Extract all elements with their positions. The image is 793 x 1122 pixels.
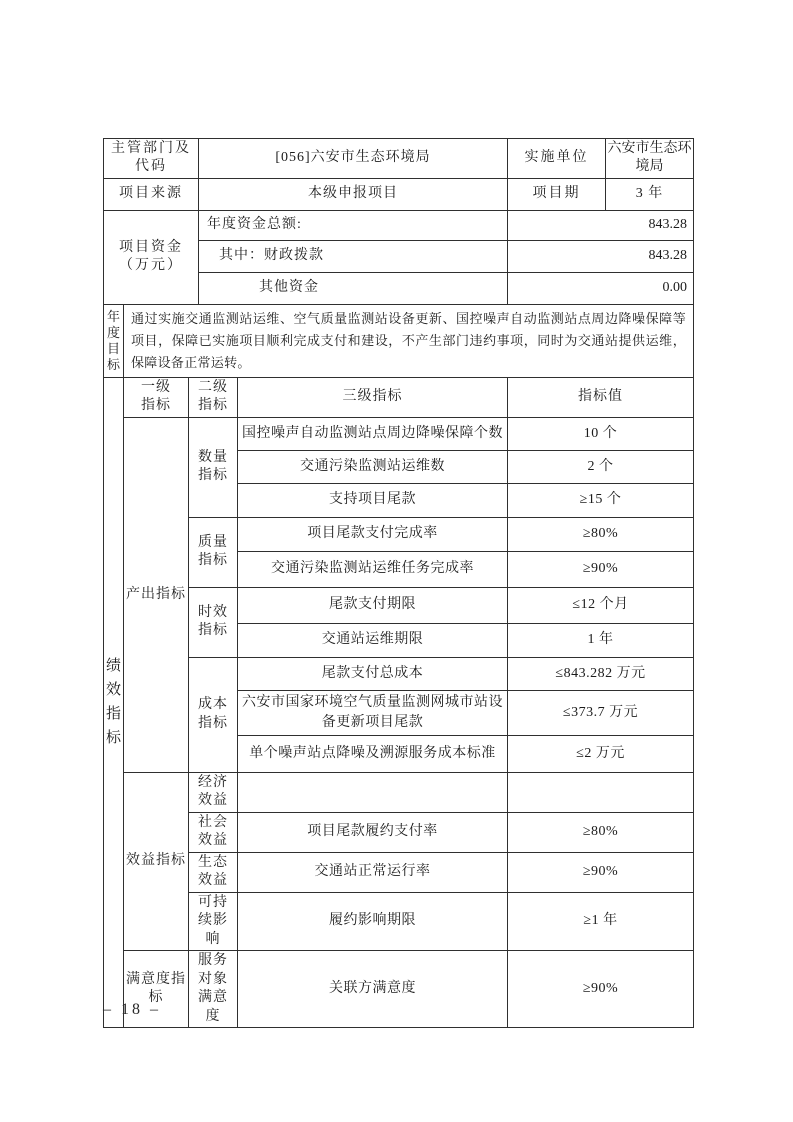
value-cell: ≤12 个月 [508,587,694,623]
l2-ecological: 生态效益 [189,852,238,892]
fund-other-label: 其他资金 [199,272,508,304]
l1-benefit: 效益指标 [124,772,189,950]
side-title-cell: 绩效指标 [104,377,124,1027]
value-cell: 2 个 [508,450,694,483]
project-source-value: 本级申报项目 [199,178,508,210]
l3-cell: 项目尾款履约支付率 [238,812,508,852]
header-l3: 三级指标 [238,377,508,417]
l3-cell: 交通污染监测站运维任务完成率 [238,551,508,587]
l2-economic: 经济效益 [189,772,238,812]
table-row: 满意度指标 服务对象满意度 关联方满意度 ≥90% [104,951,694,1028]
value-cell: ≤373.7 万元 [508,690,694,735]
indicators-header-row: 绩效指标 一级 指标 二级指标 三级指标 指标值 [104,377,694,417]
performance-table-document: 主管部门及代码 [056]六安市生态环境局 实施单位 六安市生态环境局 项目来源… [103,138,693,1028]
side-title: 绩效指标 [106,654,122,750]
value-cell: ≥90% [508,951,694,1028]
l2-quantity: 数量指标 [189,417,238,517]
l3-cell: 单个噪声站点降噪及溯源服务成本标准 [238,735,508,772]
table-row: 可持续影响 履约影响期限 ≥1 年 [104,892,694,950]
table-row: 生态效益 交通站正常运行率 ≥90% [104,852,694,892]
value-cell: ≥1 年 [508,892,694,950]
dept-code-label: 主管部门及代码 [104,139,199,179]
page-number: – 18 – [103,1001,161,1019]
fund-total-label: 年度资金总额: [199,210,508,240]
indicators-table: 绩效指标 一级 指标 二级指标 三级指标 指标值 产出指标 数量指标 国控噪声自… [103,377,694,1028]
l2-time: 时效指标 [189,587,238,657]
l3-cell: 支持项目尾款 [238,483,508,517]
l3-cell: 尾款支付总成本 [238,657,508,690]
l1-output: 产出指标 [124,417,189,772]
l3-cell: 关联方满意度 [238,951,508,1028]
l3-cell: 六安市国家环境空气质量监测网城市站设备更新项目尾款 [238,690,508,735]
l2-service: 服务对象满意度 [189,951,238,1028]
l3-cell: 履约影响期限 [238,892,508,950]
header-l2: 二级指标 [189,377,238,417]
table-row: 成本指标 尾款支付总成本 ≤843.282 万元 [104,657,694,690]
dept-code-value: [056]六安市生态环境局 [199,139,508,179]
value-cell: 10 个 [508,417,694,450]
l3-cell: 尾款支付期限 [238,587,508,623]
fund-fiscal-amount: 843.28 [508,240,694,272]
value-cell: ≥90% [508,852,694,892]
project-period-value: 3 年 [606,178,694,210]
value-cell: ≥80% [508,517,694,551]
l2-social: 社会效益 [189,812,238,852]
table-row: 项目资金 （万元） 年度资金总额: 843.28 [104,210,694,240]
impl-unit-value: 六安市生态环境局 [606,139,694,179]
value-cell: ≤843.282 万元 [508,657,694,690]
l3-cell: 交通污染监测站运维数 [238,450,508,483]
header-value: 指标值 [508,377,694,417]
value-cell: 1 年 [508,623,694,657]
l3-cell [238,772,508,812]
fund-other-amount: 0.00 [508,272,694,304]
table-row: 时效指标 尾款支付期限 ≤12 个月 [104,587,694,623]
project-source-label: 项目来源 [104,178,199,210]
l3-cell: 国控噪声自动监测站点周边降噪保障个数 [238,417,508,450]
value-cell: ≥90% [508,551,694,587]
table-row: 质量指标 项目尾款支付完成率 ≥80% [104,517,694,551]
fund-total-amount: 843.28 [508,210,694,240]
l2-quality: 质量指标 [189,517,238,587]
annual-goal-title: 年度目标 [106,309,122,373]
l2-cost: 成本指标 [189,657,238,772]
table-row: 主管部门及代码 [056]六安市生态环境局 实施单位 六安市生态环境局 [104,139,694,179]
table-row: 效益指标 经济效益 [104,772,694,812]
value-cell: ≤2 万元 [508,735,694,772]
annual-goal-table: 年度目标 通过实施交通监测站运维、空气质量监测站设备更新、国控噪声自动监测站点周… [103,304,694,378]
project-period-label: 项目期 [508,178,606,210]
table-row: 项目来源 本级申报项目 项目期 3 年 [104,178,694,210]
l3-cell: 项目尾款支付完成率 [238,517,508,551]
project-info-table: 主管部门及代码 [056]六安市生态环境局 实施单位 六安市生态环境局 项目来源… [103,138,694,305]
l3-cell: 交通站运维期限 [238,623,508,657]
table-row: 年度目标 通过实施交通监测站运维、空气质量监测站设备更新、国控噪声自动监测站点周… [104,304,694,377]
annual-goal-title-cell: 年度目标 [104,304,124,377]
impl-unit-label: 实施单位 [508,139,606,179]
l3-cell: 交通站正常运行率 [238,852,508,892]
fund-fiscal-label: 其中：财政拨款 [199,240,508,272]
annual-goal-text: 通过实施交通监测站运维、空气质量监测站设备更新、国控噪声自动监测站点周边降噪保障… [124,304,694,377]
value-cell: ≥80% [508,812,694,852]
document-page: { "page_number": "– 18 –", "info": { "ro… [0,0,793,1122]
value-cell [508,772,694,812]
project-funds-label: 项目资金 （万元） [104,210,199,304]
table-row: 产出指标 数量指标 国控噪声自动监测站点周边降噪保障个数 10 个 [104,417,694,450]
l2-sustain: 可持续影响 [189,892,238,950]
table-row: 社会效益 项目尾款履约支付率 ≥80% [104,812,694,852]
value-cell: ≥15 个 [508,483,694,517]
header-l1: 一级 指标 [124,377,189,417]
